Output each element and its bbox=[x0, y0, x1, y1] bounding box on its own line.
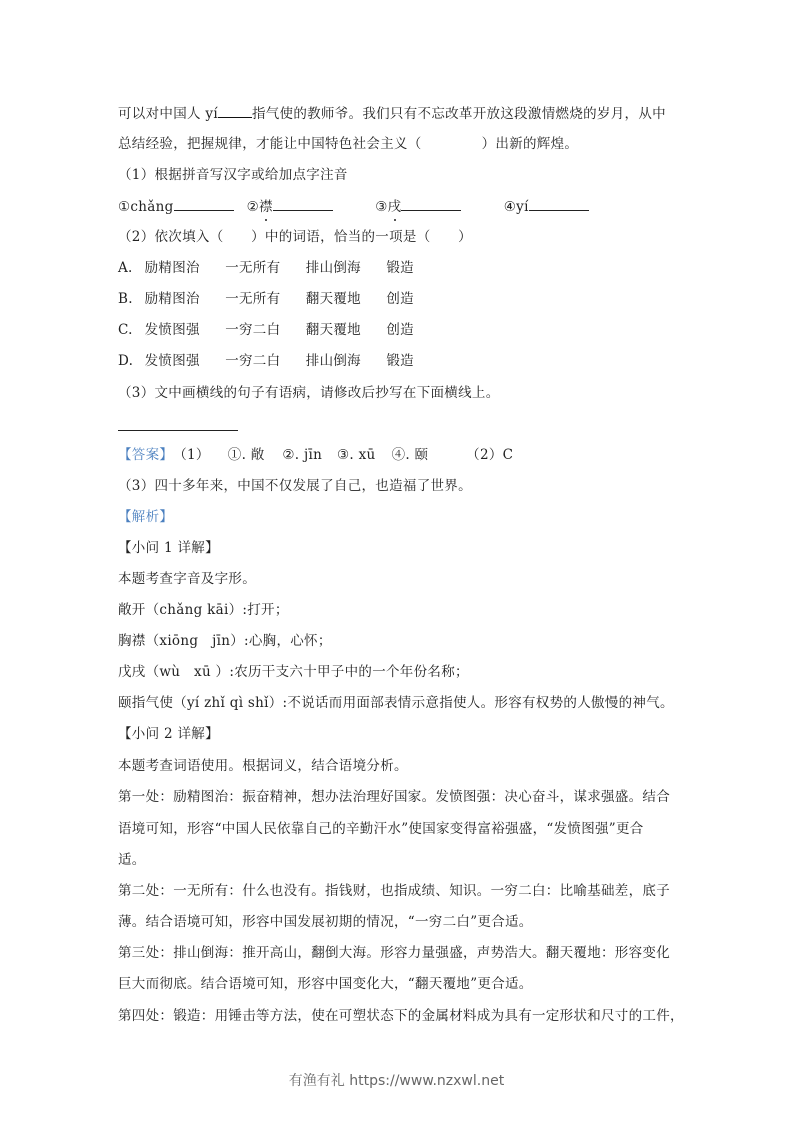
q1-item-3: ③戌 bbox=[375, 196, 499, 217]
analysis-line: 第四处：锻造：用锤击等方法，使在可塑状态下的金属材料成为具有一定形状和尺寸的工件… bbox=[118, 1006, 684, 1026]
option-word: 发愤图强 bbox=[145, 320, 221, 340]
analysis-line: 语境可知，形容“中国人民依靠自己的辛勤汗水”使国家变得富裕强盛，“发愤图强”更合 bbox=[118, 819, 644, 839]
answer-blank bbox=[174, 196, 234, 211]
passage-text: 总结经验，把握规律，才能让中国特色社会主义（ bbox=[118, 136, 422, 152]
question-1-items: ①chǎng ②襟 ③戌 ④yí bbox=[118, 196, 589, 217]
analysis-line: 第一处：励精图治：振奋精神，想办法治理好国家。发愤图强：决心奋斗，谋求强盛。结合 bbox=[118, 787, 670, 807]
option-word: 发愤图强 bbox=[145, 351, 221, 371]
analysis-line: 第二处：一无所有：什么也没有。指钱财，也指成绩、知识。一穷二白：比喻基础差，底子 bbox=[118, 881, 670, 901]
analysis-line: 本题考查字音及字形。 bbox=[118, 569, 256, 589]
dotted-char: 襟 bbox=[259, 197, 273, 217]
option-word: 一穷二白 bbox=[225, 351, 301, 371]
option-word: 创造 bbox=[386, 320, 414, 340]
q2-option-b: B. 励精图治 一无所有 翻天覆地 创造 bbox=[118, 289, 414, 309]
option-word: 翻天覆地 bbox=[306, 320, 382, 340]
answer-line bbox=[118, 430, 238, 431]
option-word: 翻天覆地 bbox=[306, 289, 382, 309]
analysis-line: 戊戌（wù xū ）:农历干支六十甲子中的一个年份名称； bbox=[118, 662, 469, 682]
option-word: 锻造 bbox=[386, 351, 414, 371]
option-letter: C. bbox=[118, 320, 140, 340]
fill-blank bbox=[218, 103, 252, 118]
answer-item: ①. 敞 bbox=[228, 445, 278, 465]
passage-line-1: 可以对中国人 yí指气使的教师爷。我们只有不忘改革开放这段激情燃烧的岁月，从中 bbox=[118, 103, 666, 124]
option-word: 一无所有 bbox=[225, 258, 301, 278]
q1-item-label: ④yí bbox=[504, 197, 529, 217]
option-letter: A. bbox=[118, 258, 140, 278]
sub2-title: 【小问 2 详解】 bbox=[118, 724, 219, 744]
q1-item-1: ①chǎng bbox=[118, 196, 242, 217]
option-word: 创造 bbox=[386, 289, 414, 309]
answer-blank bbox=[529, 196, 589, 211]
dotted-char: 戌 bbox=[388, 197, 402, 217]
answer-part-2: （2）C bbox=[466, 445, 513, 465]
answer-item: ④. 颐 bbox=[392, 445, 462, 465]
q1-item-label: ①chǎng bbox=[118, 197, 174, 217]
footer-watermark: 有渔有礼 https://www.nzxwl.net bbox=[0, 1070, 793, 1090]
q2-option-a: A. 励精图治 一无所有 排山倒海 锻造 bbox=[118, 258, 414, 278]
analysis-line: 敞开（chǎng kāi）:打开； bbox=[118, 600, 289, 620]
analysis-line: 颐指气使（yí zhǐ qì shǐ）:不说话而用面部表情示意指使人。形容有权势… bbox=[118, 693, 674, 713]
analysis-line: 薄。结合语境可知，形容中国发展初期的情况，“一穷二白”更合适。 bbox=[118, 912, 533, 932]
analysis-label: 【解析】 bbox=[118, 507, 173, 527]
option-word: 排山倒海 bbox=[306, 351, 382, 371]
option-word: 励精图治 bbox=[145, 289, 221, 309]
answer-blank bbox=[273, 196, 333, 211]
question-2-title: （2）依次填入（ ）中的词语，恰当的一项是（ ） bbox=[118, 227, 472, 247]
answer-part-3: （3）四十多年来，中国不仅发展了自己，也造福了世界。 bbox=[118, 476, 472, 496]
option-letter: D. bbox=[118, 351, 140, 371]
answer-row: 【答案】（1） ①. 敞 ②. jīn ③. xū ④. 颐 （2）C bbox=[118, 445, 513, 465]
analysis-line: 巨大而彻底。结合语境可知，形容中国变化大，“翻天覆地”更合适。 bbox=[118, 974, 533, 994]
passage-text: 指气使的教师爷。我们只有不忘改革开放这段激情燃烧的岁月，从中 bbox=[252, 106, 666, 122]
analysis-line: 第三处：排山倒海：推开高山，翻倒大海。形容力量强盛，声势浩大。翻天覆地：形容变化 bbox=[118, 943, 670, 963]
q1-item-label: ② bbox=[247, 197, 259, 217]
option-word: 锻造 bbox=[386, 258, 414, 278]
question-1-title: （1）根据拼音写汉字或给加点字注音 bbox=[118, 165, 348, 185]
question-3-title: （3）文中画横线的句子有语病，请修改后抄写在下面横线上。 bbox=[118, 383, 500, 403]
sub1-title: 【小问 1 详解】 bbox=[118, 538, 219, 558]
answer-label: 【答案】 bbox=[118, 447, 173, 463]
option-word: 排山倒海 bbox=[306, 258, 382, 278]
analysis-line: 胸襟（xiōng jīn）:心胸，心怀； bbox=[118, 631, 332, 651]
answer-part-1: （1） bbox=[173, 445, 223, 465]
passage-line-2: 总结经验，把握规律，才能让中国特色社会主义（）出新的辉煌。 bbox=[118, 134, 578, 154]
passage-text: ）出新的辉煌。 bbox=[482, 136, 579, 152]
option-letter: B. bbox=[118, 289, 140, 309]
option-word: 励精图治 bbox=[145, 258, 221, 278]
analysis-line: 适。 bbox=[118, 850, 146, 870]
q1-item-label: ③ bbox=[375, 197, 387, 217]
answer-item: ③. xū bbox=[337, 445, 387, 465]
q2-option-c: C. 发愤图强 一穷二白 翻天覆地 创造 bbox=[118, 320, 414, 340]
answer-blank bbox=[401, 196, 461, 211]
analysis-line: 本题考查词语使用。根据词义，结合语境分析。 bbox=[118, 756, 408, 776]
q1-item-2: ②襟 bbox=[247, 196, 371, 217]
q1-item-4: ④yí bbox=[504, 196, 589, 217]
q2-option-d: D. 发愤图强 一穷二白 排山倒海 锻造 bbox=[118, 351, 414, 371]
answer-item: ②. jīn bbox=[282, 445, 332, 465]
passage-text: 可以对中国人 yí bbox=[118, 106, 218, 122]
option-word: 一穷二白 bbox=[225, 320, 301, 340]
option-word: 一无所有 bbox=[225, 289, 301, 309]
